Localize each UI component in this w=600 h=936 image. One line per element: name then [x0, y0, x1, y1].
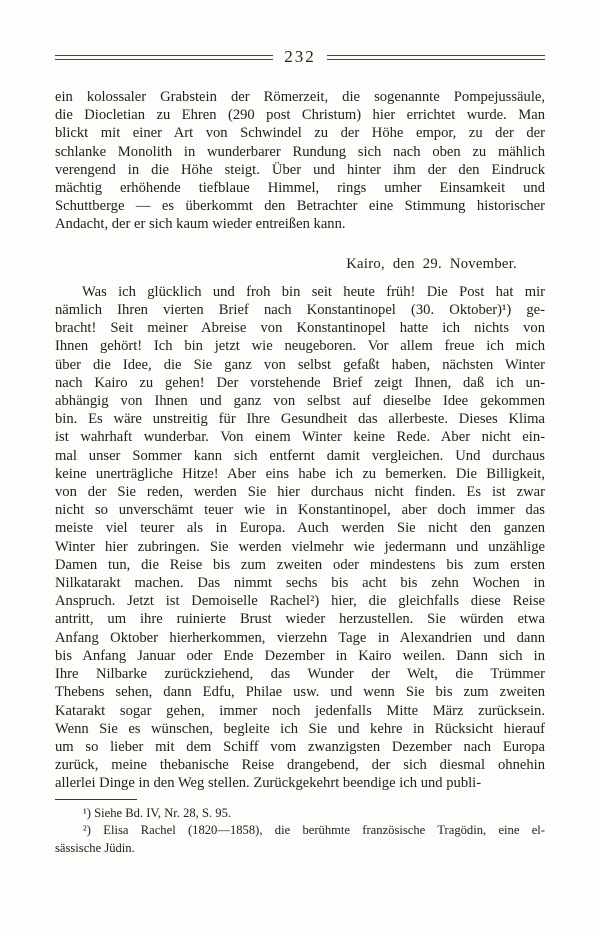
footnote-2: ²) Elisa Rachel (1820—1858), die berühmt…	[55, 822, 545, 857]
footnotes-block: ¹) Siehe Bd. IV, Nr. 28, S. 95. ²) Elisa…	[55, 805, 545, 858]
text-line: Was ich glücklich und froh bin seit heut…	[55, 283, 545, 301]
text-line: Winter hier zubringen. Sie werden vielme…	[55, 538, 545, 556]
text-line: allerlei Dinge in den Weg stellen. Zurüc…	[55, 774, 545, 792]
text-line: ²) Elisa Rachel (1820—1858), die berühmt…	[55, 822, 545, 840]
footnote-separator-rule	[55, 799, 137, 800]
text-line: nach Kairo zu gehen! Der vorstehende Bri…	[55, 374, 545, 392]
letter-dateline: Kairo, den 29. November.	[55, 255, 545, 273]
footnote-1: ¹) Siehe Bd. IV, Nr. 28, S. 95.	[55, 805, 545, 823]
text-line: die Diocletian zu Ehren (290 post Christ…	[55, 106, 545, 124]
text-line: Wenn Sie es wünschen, begleite ich Sie u…	[55, 720, 545, 738]
text-line: ist wahrhaft wunderbar. Von einem Winter…	[55, 428, 545, 446]
text-line: verengend in die Höhe steigt. Über und h…	[55, 161, 545, 179]
text-line: Andacht, der er sich kaum wieder entreiß…	[55, 215, 545, 233]
header-rule-left	[55, 55, 273, 60]
text-line: ¹) Siehe Bd. IV, Nr. 28, S. 95.	[55, 805, 545, 823]
text-line: blickt mit einer Art von Schwindel zu de…	[55, 124, 545, 142]
text-line: nämlich Ihren vierten Brief nach Konstan…	[55, 301, 545, 319]
page-number: 232	[284, 49, 316, 65]
text-line: abhängig von Ihnen und ganz von selbst a…	[55, 392, 545, 410]
book-page: 232 ein kolossaler Grabstein der Römerze…	[0, 0, 600, 936]
text-line: um so lieber mit dem Schiff vom zwanzigs…	[55, 738, 545, 756]
page-header: 232	[55, 49, 545, 65]
text-line: bracht! Seit meiner Abreise von Konstant…	[55, 319, 545, 337]
text-line: von der Sie reden, werden Sie hier durch…	[55, 483, 545, 501]
text-line: antritt, um ihre ruinierte Brust wieder …	[55, 610, 545, 628]
text-line: meiste viel teurer als in Europa. Auch w…	[55, 519, 545, 537]
text-line: Thebens sehen, dann Edfu, Philae usw. un…	[55, 683, 545, 701]
text-line: Anspruch. Jetzt ist Demoiselle Rachel²) …	[55, 592, 545, 610]
text-line: keine unerträgliche Hitze! Aber eins hab…	[55, 465, 545, 483]
text-line: Katarakt sogar gehen, immer noch jedenfa…	[55, 702, 545, 720]
text-line: Nilkatarakt machen. Das nimmt sechs bis …	[55, 574, 545, 592]
text-line: Anfang Oktober hierherkommen, vierzehn T…	[55, 629, 545, 647]
paragraph-letter-body: Was ich glücklich und froh bin seit heut…	[55, 283, 545, 793]
text-line: bin. Es wäre unstreitig für Ihre Gesundh…	[55, 410, 545, 428]
text-line: nicht so unverschämt teuer wie in Konsta…	[55, 501, 545, 519]
text-line: Damen tun, die Reise bis zum zweiten ode…	[55, 556, 545, 574]
page-content: ein kolossaler Grabstein der Römerzeit, …	[55, 88, 545, 857]
text-line: Schuttberge — es überkommt den Betrachte…	[55, 197, 545, 215]
header-rule-right	[327, 55, 545, 60]
text-line: mächtig erhöhende tiefblaue Himmel, ring…	[55, 179, 545, 197]
text-line: zurück, meine thebanische Reise drangebe…	[55, 756, 545, 774]
text-line: ein kolossaler Grabstein der Römerzeit, …	[55, 88, 545, 106]
paragraph-continuation: ein kolossaler Grabstein der Römerzeit, …	[55, 88, 545, 234]
text-line: schlanke Monolith in wunderbarer Rundung…	[55, 143, 545, 161]
text-line: Ihnen gehört! Ich bin jetzt wie neugebor…	[55, 337, 545, 355]
text-line: über die Idee, die Sie ganz von selbst g…	[55, 356, 545, 374]
text-line: bis Anfang Januar oder Ende Dezember in …	[55, 647, 545, 665]
text-line: mal unser Sommer kann sich entfernt dami…	[55, 447, 545, 465]
text-line: sässische Jüdin.	[55, 840, 545, 858]
text-line: Ihre Nilbarke zurückziehend, das Wunder …	[55, 665, 545, 683]
